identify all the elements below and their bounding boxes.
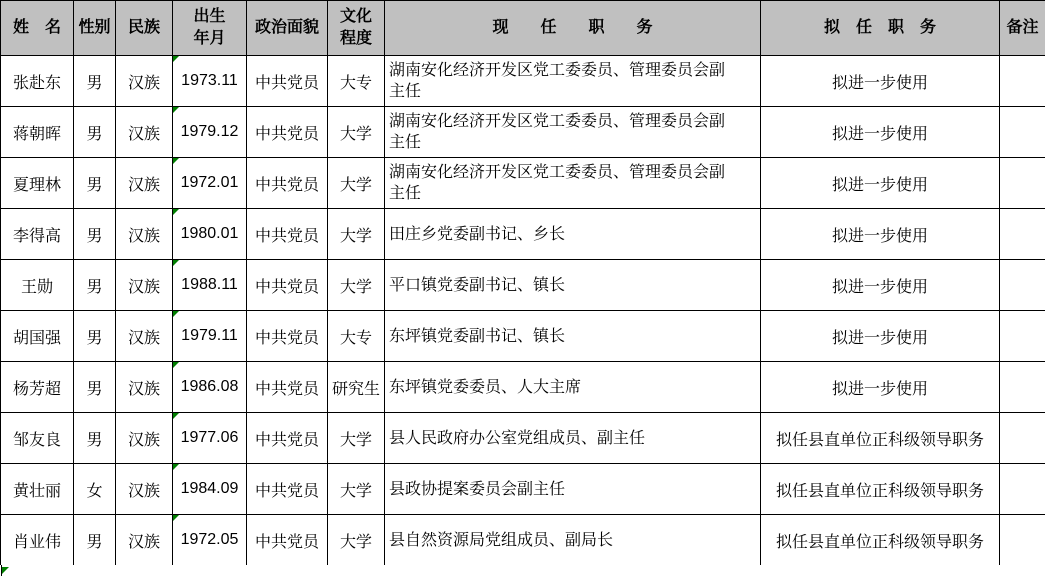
cell-education[interactable]: 大学 <box>328 464 385 515</box>
cell-political_status[interactable]: 中共党员 <box>247 107 328 158</box>
cell-text: 研究生 <box>332 381 380 398</box>
cell-error-indicator-icon <box>173 56 179 62</box>
cell-text: 拟任县直单位正科级领导职务 <box>776 483 984 500</box>
cell-remarks[interactable] <box>1000 260 1045 311</box>
cell-text: 县政协提案委员会副主任 <box>389 481 565 498</box>
cell-name[interactable]: 肖业伟 <box>1 515 74 566</box>
table-row: 杨芳超男汉族1986.08中共党员研究生东坪镇党委委员、人大主席拟进一步使用 <box>1 362 1045 413</box>
cell-name[interactable]: 蒋朝晖 <box>1 107 74 158</box>
cell-text: 中共党员 <box>255 483 319 500</box>
cell-ethnicity[interactable]: 汉族 <box>116 209 173 260</box>
cell-current_position[interactable]: 湖南安化经济开发区党工委委员、管理委员会副主任 <box>385 107 761 158</box>
cell-political_status[interactable]: 中共党员 <box>247 311 328 362</box>
cell-education[interactable]: 大专 <box>328 56 385 107</box>
table-row: 张赴东男汉族1973.11中共党员大专湖南安化经济开发区党工委委员、管理委员会副… <box>1 56 1045 107</box>
cell-name[interactable]: 张赴东 <box>1 56 74 107</box>
cell-remarks[interactable] <box>1000 209 1045 260</box>
cell-current_position[interactable]: 县自然资源局党组成员、副局长 <box>385 515 761 566</box>
cell-text: 大学 <box>340 126 372 143</box>
cell-text: 男 <box>86 381 102 398</box>
error-indicator-icon <box>2 567 9 574</box>
cell-text: 邹友良 <box>13 432 61 449</box>
cell-text: 胡国强 <box>13 330 61 347</box>
cell-current_position[interactable]: 平口镇党委副书记、镇长 <box>385 260 761 311</box>
cell-ethnicity[interactable]: 汉族 <box>116 515 173 566</box>
cell-text: 大学 <box>340 177 372 194</box>
cell-proposed_position[interactable]: 拟任县直单位正科级领导职务 <box>761 515 1000 566</box>
cell-name[interactable]: 邹友良 <box>1 413 74 464</box>
cell-ethnicity[interactable]: 汉族 <box>116 107 173 158</box>
cell-text: 1972.05 <box>181 531 239 548</box>
cell-gender[interactable]: 男 <box>74 413 116 464</box>
cell-name[interactable]: 李得高 <box>1 209 74 260</box>
cell-text: 男 <box>86 534 102 551</box>
cell-education[interactable]: 大学 <box>328 158 385 209</box>
cell-text: 1984.09 <box>181 480 239 497</box>
table-row: 肖业伟男汉族1972.05中共党员大学县自然资源局党组成员、副局长拟任县直单位正… <box>1 515 1045 566</box>
cell-gender[interactable]: 男 <box>74 311 116 362</box>
cell-education[interactable]: 大专 <box>328 311 385 362</box>
cell-text: 拟进一步使用 <box>832 75 928 92</box>
cell-text: 县自然资源局党组成员、副局长 <box>389 532 613 549</box>
table-row: 黄壮丽女汉族1984.09中共党员大学县政协提案委员会副主任拟任县直单位正科级领… <box>1 464 1045 515</box>
cell-text: 大学 <box>340 432 372 449</box>
personnel-table: 姓 名 性别 民族 出生 年月 政治面貌 文化 程度 现 任 职 务 拟 任 职… <box>0 0 1045 566</box>
cell-text: 汉族 <box>128 228 160 245</box>
cell-text: 平口镇党委副书记、镇长 <box>389 277 565 294</box>
cell-error-indicator-icon <box>173 311 179 317</box>
cell-error-indicator-icon <box>173 413 179 419</box>
cell-text: 拟进一步使用 <box>832 330 928 347</box>
header-cell-current-position[interactable]: 现 任 职 务 <box>385 1 761 56</box>
cell-text: 拟进一步使用 <box>832 228 928 245</box>
table-row: 夏理林男汉族1972.01中共党员大学湖南安化经济开发区党工委委员、管理委员会副… <box>1 158 1045 209</box>
cell-text: 中共党员 <box>255 279 319 296</box>
cell-text: 1977.06 <box>181 429 239 446</box>
cell-political_status[interactable]: 中共党员 <box>247 260 328 311</box>
cell-gender[interactable]: 男 <box>74 158 116 209</box>
cell-proposed_position[interactable]: 拟任县直单位正科级领导职务 <box>761 413 1000 464</box>
cell-birth[interactable]: 1979.12 <box>173 107 247 158</box>
cell-text: 湖南安化经济开发区党工委委员、管理委员会副主任 <box>389 113 725 151</box>
cell-education[interactable]: 大学 <box>328 413 385 464</box>
cell-political_status[interactable]: 中共党员 <box>247 515 328 566</box>
cell-text: 汉族 <box>128 330 160 347</box>
header-cell-birth[interactable]: 出生 年月 <box>173 1 247 56</box>
cell-remarks[interactable] <box>1000 158 1045 209</box>
cell-text: 男 <box>86 75 102 92</box>
cell-text: 1973.11 <box>181 72 238 89</box>
cell-text: 汉族 <box>128 381 160 398</box>
cell-political_status[interactable]: 中共党员 <box>247 56 328 107</box>
cell-remarks[interactable] <box>1000 362 1045 413</box>
cell-name[interactable]: 胡国强 <box>1 311 74 362</box>
cell-text: 黄壮丽 <box>13 483 61 500</box>
table-row: 李得高男汉族1980.01中共党员大学田庄乡党委副书记、乡长拟进一步使用 <box>1 209 1045 260</box>
cell-text: 拟任县直单位正科级领导职务 <box>776 534 984 551</box>
cell-text: 李得高 <box>13 228 61 245</box>
cell-current_position[interactable]: 田庄乡党委副书记、乡长 <box>385 209 761 260</box>
cell-text: 大专 <box>340 75 372 92</box>
cell-gender[interactable]: 男 <box>74 56 116 107</box>
cell-text: 1979.11 <box>181 327 238 344</box>
cell-political_status[interactable]: 中共党员 <box>247 158 328 209</box>
cell-text: 女 <box>86 483 102 500</box>
cell-name[interactable]: 王勋 <box>1 260 74 311</box>
table-row: 蒋朝晖男汉族1979.12中共党员大学湖南安化经济开发区党工委委员、管理委员会副… <box>1 107 1045 158</box>
cell-current_position[interactable]: 东坪镇党委副书记、镇长 <box>385 311 761 362</box>
cell-gender[interactable]: 男 <box>74 107 116 158</box>
cell-text: 中共党员 <box>255 228 319 245</box>
cell-text: 湖南安化经济开发区党工委委员、管理委员会副主任 <box>389 164 725 202</box>
cell-text: 拟进一步使用 <box>832 126 928 143</box>
cell-proposed_position[interactable]: 拟进一步使用 <box>761 311 1000 362</box>
cell-remarks[interactable] <box>1000 464 1045 515</box>
cell-political_status[interactable]: 中共党员 <box>247 362 328 413</box>
cell-text: 男 <box>86 279 102 296</box>
header-cell-political-status[interactable]: 政治面貌 <box>247 1 328 56</box>
cell-text: 汉族 <box>128 126 160 143</box>
cell-ethnicity[interactable]: 汉族 <box>116 464 173 515</box>
cell-proposed_position[interactable]: 拟进一步使用 <box>761 362 1000 413</box>
cell-error-indicator-icon <box>173 158 179 164</box>
table-header: 姓 名 性别 民族 出生 年月 政治面貌 文化 程度 现 任 职 务 拟 任 职… <box>1 1 1045 56</box>
cell-text: 大学 <box>340 534 372 551</box>
cell-text: 蒋朝晖 <box>13 126 61 143</box>
cell-text: 王勋 <box>21 279 53 296</box>
cell-name[interactable]: 夏理林 <box>1 158 74 209</box>
cell-current_position[interactable]: 东坪镇党委委员、人大主席 <box>385 362 761 413</box>
cell-remarks[interactable] <box>1000 413 1045 464</box>
cell-remarks[interactable] <box>1000 311 1045 362</box>
cell-ethnicity[interactable]: 汉族 <box>116 362 173 413</box>
cell-education[interactable]: 大学 <box>328 107 385 158</box>
cell-text: 县人民政府办公室党组成员、副主任 <box>389 430 645 447</box>
cell-text: 田庄乡党委副书记、乡长 <box>389 226 565 243</box>
cell-gender[interactable]: 男 <box>74 515 116 566</box>
cell-text: 汉族 <box>128 432 160 449</box>
cell-birth[interactable]: 1979.11 <box>173 311 247 362</box>
cell-birth[interactable]: 1980.01 <box>173 209 247 260</box>
cell-proposed_position[interactable]: 拟进一步使用 <box>761 56 1000 107</box>
cell-political_status[interactable]: 中共党员 <box>247 413 328 464</box>
cell-proposed_position[interactable]: 拟进一步使用 <box>761 209 1000 260</box>
cell-text: 大学 <box>340 279 372 296</box>
spreadsheet-view: 姓 名 性别 民族 出生 年月 政治面貌 文化 程度 现 任 职 务 拟 任 职… <box>0 0 1045 576</box>
cell-education[interactable]: 研究生 <box>328 362 385 413</box>
cell-birth[interactable]: 1972.01 <box>173 158 247 209</box>
cell-proposed_position[interactable]: 拟进一步使用 <box>761 158 1000 209</box>
cell-text: 中共党员 <box>255 330 319 347</box>
cell-error-indicator-icon <box>173 464 179 470</box>
cell-text: 男 <box>86 330 102 347</box>
cell-birth[interactable]: 1972.05 <box>173 515 247 566</box>
next-row-partial <box>0 565 1045 576</box>
cell-text: 汉族 <box>128 483 160 500</box>
cell-current_position[interactable]: 湖南安化经济开发区党工委委员、管理委员会副主任 <box>385 158 761 209</box>
cell-text: 拟进一步使用 <box>832 381 928 398</box>
cell-remarks[interactable] <box>1000 56 1045 107</box>
header-row: 姓 名 性别 民族 出生 年月 政治面貌 文化 程度 现 任 职 务 拟 任 职… <box>1 1 1045 56</box>
cell-education[interactable]: 大学 <box>328 209 385 260</box>
table-row: 王勋男汉族1988.11中共党员大学平口镇党委副书记、镇长拟进一步使用 <box>1 260 1045 311</box>
cell-political_status[interactable]: 中共党员 <box>247 209 328 260</box>
cell-birth[interactable]: 1986.08 <box>173 362 247 413</box>
header-cell-gender[interactable]: 性别 <box>74 1 116 56</box>
cell-text: 汉族 <box>128 75 160 92</box>
cell-text: 男 <box>86 177 102 194</box>
cell-text: 1972.01 <box>181 174 239 191</box>
cell-text: 拟进一步使用 <box>832 177 928 194</box>
cell-text: 男 <box>86 228 102 245</box>
cell-text: 男 <box>86 126 102 143</box>
cell-text: 拟任县直单位正科级领导职务 <box>776 432 984 449</box>
header-cell-ethnicity[interactable]: 民族 <box>116 1 173 56</box>
cell-education[interactable]: 大学 <box>328 515 385 566</box>
cell-text: 男 <box>86 432 102 449</box>
table-row: 胡国强男汉族1979.11中共党员大专东坪镇党委副书记、镇长拟进一步使用 <box>1 311 1045 362</box>
cell-proposed_position[interactable]: 拟进一步使用 <box>761 107 1000 158</box>
cell-current_position[interactable]: 湖南安化经济开发区党工委委员、管理委员会副主任 <box>385 56 761 107</box>
cell-text: 大专 <box>340 330 372 347</box>
cell-gender[interactable]: 男 <box>74 260 116 311</box>
cell-text: 东坪镇党委委员、人大主席 <box>389 379 581 396</box>
cell-text: 杨芳超 <box>13 381 61 398</box>
cell-text: 1979.12 <box>181 123 239 140</box>
cell-ethnicity[interactable]: 汉族 <box>116 260 173 311</box>
cell-gender[interactable]: 男 <box>74 209 116 260</box>
cell-name[interactable]: 黄壮丽 <box>1 464 74 515</box>
cell-birth[interactable]: 1977.06 <box>173 413 247 464</box>
cell-text: 汉族 <box>128 177 160 194</box>
cell-birth[interactable]: 1973.11 <box>173 56 247 107</box>
cell-text: 东坪镇党委副书记、镇长 <box>389 328 565 345</box>
cell-gender[interactable]: 女 <box>74 464 116 515</box>
cell-text: 汉族 <box>128 279 160 296</box>
cell-ethnicity[interactable]: 汉族 <box>116 158 173 209</box>
cell-birth[interactable]: 1984.09 <box>173 464 247 515</box>
cell-proposed_position[interactable]: 拟进一步使用 <box>761 260 1000 311</box>
cell-error-indicator-icon <box>173 515 179 521</box>
cell-political_status[interactable]: 中共党员 <box>247 464 328 515</box>
cell-remarks[interactable] <box>1000 107 1045 158</box>
cell-text: 大学 <box>340 483 372 500</box>
cell-ethnicity[interactable]: 汉族 <box>116 311 173 362</box>
header-cell-proposed-position[interactable]: 拟 任 职 务 <box>761 1 1000 56</box>
cell-birth[interactable]: 1988.11 <box>173 260 247 311</box>
cell-ethnicity[interactable]: 汉族 <box>116 56 173 107</box>
cell-text: 肖业伟 <box>13 534 61 551</box>
cell-text: 汉族 <box>128 534 160 551</box>
table-row: 邹友良男汉族1977.06中共党员大学县人民政府办公室党组成员、副主任拟任县直单… <box>1 413 1045 464</box>
cell-text: 1986.08 <box>181 378 239 395</box>
cell-text: 中共党员 <box>255 126 319 143</box>
cell-current_position[interactable]: 县人民政府办公室党组成员、副主任 <box>385 413 761 464</box>
cell-text: 拟进一步使用 <box>832 279 928 296</box>
cell-error-indicator-icon <box>173 362 179 368</box>
cell-text: 1980.01 <box>181 225 239 242</box>
cell-ethnicity[interactable]: 汉族 <box>116 413 173 464</box>
cell-error-indicator-icon <box>173 209 179 215</box>
cell-current_position[interactable]: 县政协提案委员会副主任 <box>385 464 761 515</box>
header-cell-name[interactable]: 姓 名 <box>1 1 74 56</box>
cell-text: 大学 <box>340 228 372 245</box>
cell-text: 中共党员 <box>255 177 319 194</box>
cell-proposed_position[interactable]: 拟任县直单位正科级领导职务 <box>761 464 1000 515</box>
header-cell-education[interactable]: 文化 程度 <box>328 1 385 56</box>
cell-name[interactable]: 杨芳超 <box>1 362 74 413</box>
cell-text: 中共党员 <box>255 75 319 92</box>
cell-remarks[interactable] <box>1000 515 1045 566</box>
cell-education[interactable]: 大学 <box>328 260 385 311</box>
cell-text: 湖南安化经济开发区党工委委员、管理委员会副主任 <box>389 62 725 100</box>
cell-text: 中共党员 <box>255 432 319 449</box>
header-cell-remarks[interactable]: 备注 <box>1000 1 1045 56</box>
cell-text: 夏理林 <box>13 177 61 194</box>
cell-gender[interactable]: 男 <box>74 362 116 413</box>
cell-text: 中共党员 <box>255 534 319 551</box>
cell-text: 中共党员 <box>255 381 319 398</box>
cell-text: 1988.11 <box>181 276 238 293</box>
cell-error-indicator-icon <box>173 107 179 113</box>
table-body: 张赴东男汉族1973.11中共党员大专湖南安化经济开发区党工委委员、管理委员会副… <box>1 56 1045 566</box>
cell-text: 张赴东 <box>13 75 61 92</box>
cell-error-indicator-icon <box>173 260 179 266</box>
